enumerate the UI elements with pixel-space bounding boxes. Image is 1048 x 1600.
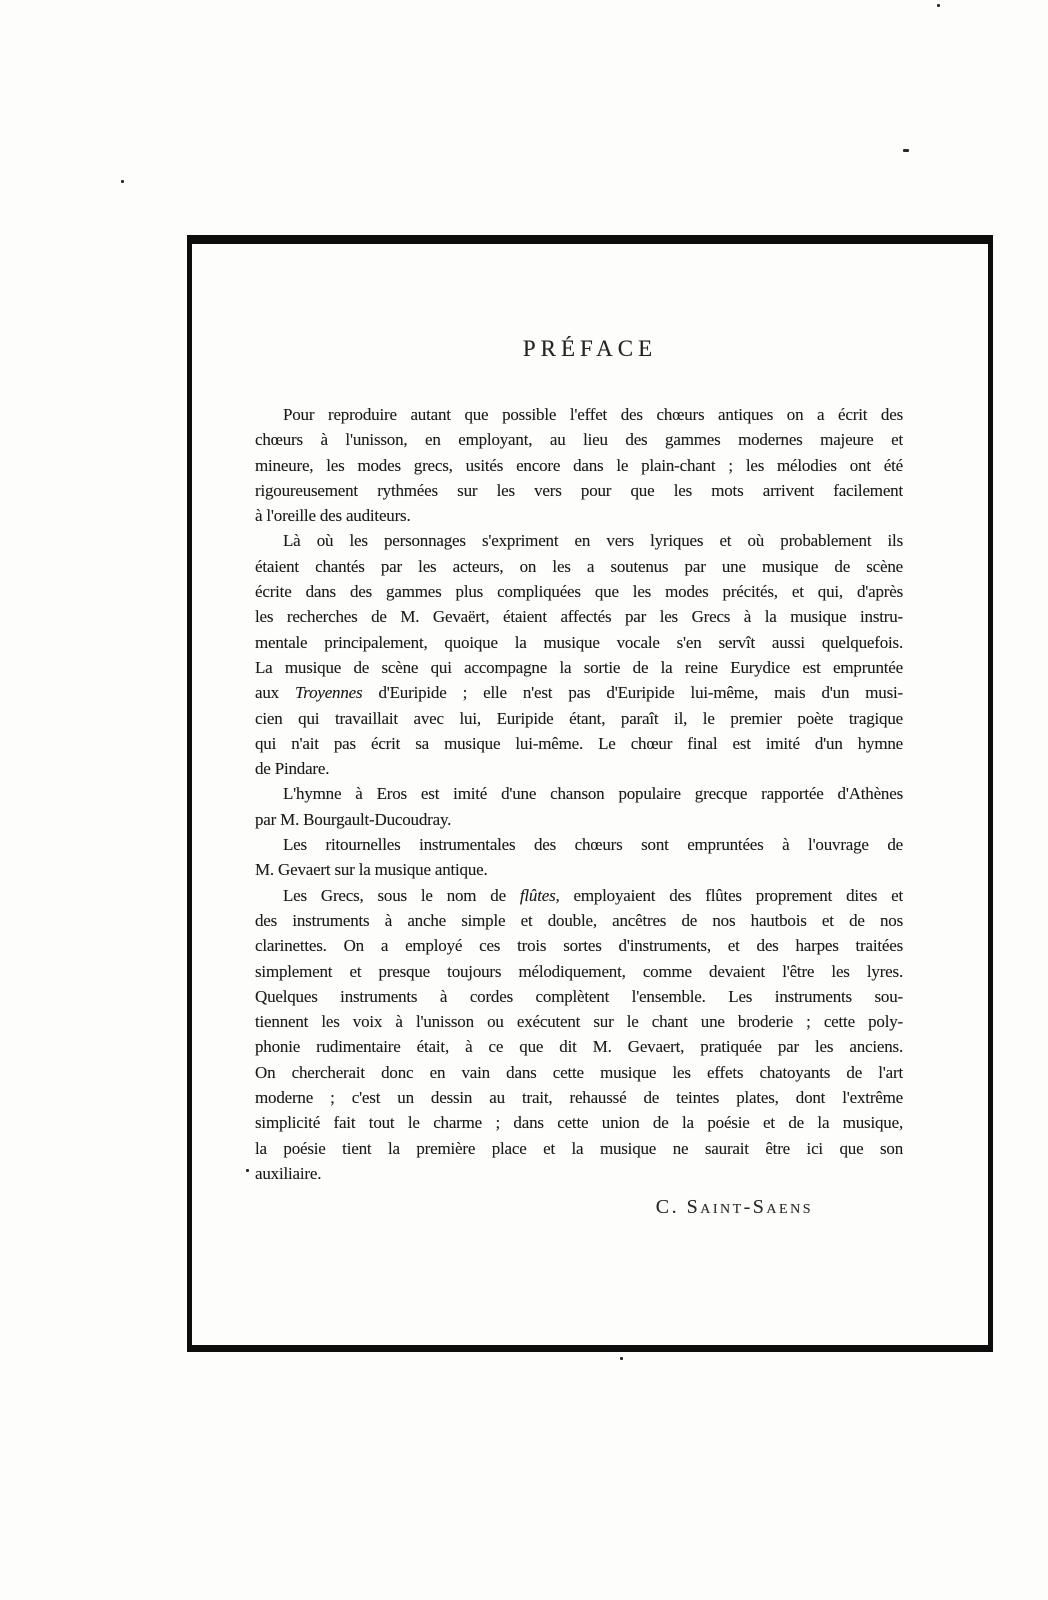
- scan-speck: [937, 4, 940, 7]
- text-line: L'hymne à Eros est imité d'une chanson p…: [255, 781, 903, 806]
- scan-speck: [903, 149, 909, 152]
- text-line: Là où les personnages s'expriment en ver…: [255, 528, 903, 553]
- text-line: chœurs à l'unisson, en employant, au lie…: [255, 427, 903, 452]
- text-line: mineure, les modes grecs, usités encore …: [255, 453, 903, 478]
- text-line: auxiliaire.: [255, 1161, 903, 1186]
- text-line: à l'oreille des auditeurs.: [255, 503, 903, 528]
- scan-speck: [121, 180, 124, 183]
- text-line: moderne ; c'est un dessin au trait, reha…: [255, 1085, 903, 1110]
- text-line: Les Grecs, sous le nom de flûtes, employ…: [255, 883, 903, 908]
- text-line: des instruments à anche simple et double…: [255, 908, 903, 933]
- text-line: la poésie tient la première place et la …: [255, 1136, 903, 1161]
- text-line: Quelques instruments à cordes complètent…: [255, 984, 903, 1009]
- paragraph: L'hymne à Eros est imité d'une chanson p…: [255, 781, 903, 832]
- text-line: Les ritournelles instrumentales des chœu…: [255, 832, 903, 857]
- text-line: Pour reproduire autant que possible l'ef…: [255, 402, 903, 427]
- scanned-book-page: PRÉFACE Pour reproduire autant que possi…: [0, 0, 1048, 1600]
- text-line: de Pindare.: [255, 756, 903, 781]
- text-line: tiennent les voix à l'unisson ou exécute…: [255, 1009, 903, 1034]
- text-line: simplement et presque toujours mélodique…: [255, 959, 903, 984]
- text-line: M. Gevaert sur la musique antique.: [255, 857, 903, 882]
- text-line: par M. Bourgault-Ducoudray.: [255, 807, 903, 832]
- text-line: simplicité fait tout le charme ; dans ce…: [255, 1110, 903, 1135]
- text-line: aux Troyennes d'Euripide ; elle n'est pa…: [255, 680, 903, 705]
- text-line: cien qui travaillait avec lui, Euripide …: [255, 706, 903, 731]
- text-line: qui n'ait pas écrit sa musique lui-même.…: [255, 731, 903, 756]
- text-line: phonie rudimentaire était, à ce que dit …: [255, 1034, 903, 1059]
- text-line: étaient chantés par les acteurs, on les …: [255, 554, 903, 579]
- paragraph: Les Grecs, sous le nom de flûtes, employ…: [255, 883, 903, 1187]
- text-line: On chercherait donc en vain dans cette m…: [255, 1060, 903, 1085]
- text-line: clarinettes. On a employé ces trois sort…: [255, 933, 903, 958]
- text-line: écrite dans des gammes plus compliquées …: [255, 579, 903, 604]
- paragraph: Là où les personnages s'expriment en ver…: [255, 528, 903, 781]
- text-line: La musique de scène qui accompagne la so…: [255, 655, 903, 680]
- paragraph: Les ritournelles instrumentales des chœu…: [255, 832, 903, 883]
- preface-body: Pour reproduire autant que possible l'ef…: [255, 402, 903, 1221]
- text-line: rigoureusement rythmées sur les vers pou…: [255, 478, 903, 503]
- paragraph: Pour reproduire autant que possible l'ef…: [255, 402, 903, 528]
- scan-speck: [246, 1169, 249, 1172]
- scan-speck: [620, 1357, 623, 1360]
- page-title: PRÉFACE: [192, 336, 988, 362]
- text-line: les recherches de M. Gevaërt, étaient af…: [255, 604, 903, 629]
- text-line: mentale principalement, quoique la musiq…: [255, 630, 903, 655]
- author-signature: C. Saint-Saens: [255, 1195, 903, 1220]
